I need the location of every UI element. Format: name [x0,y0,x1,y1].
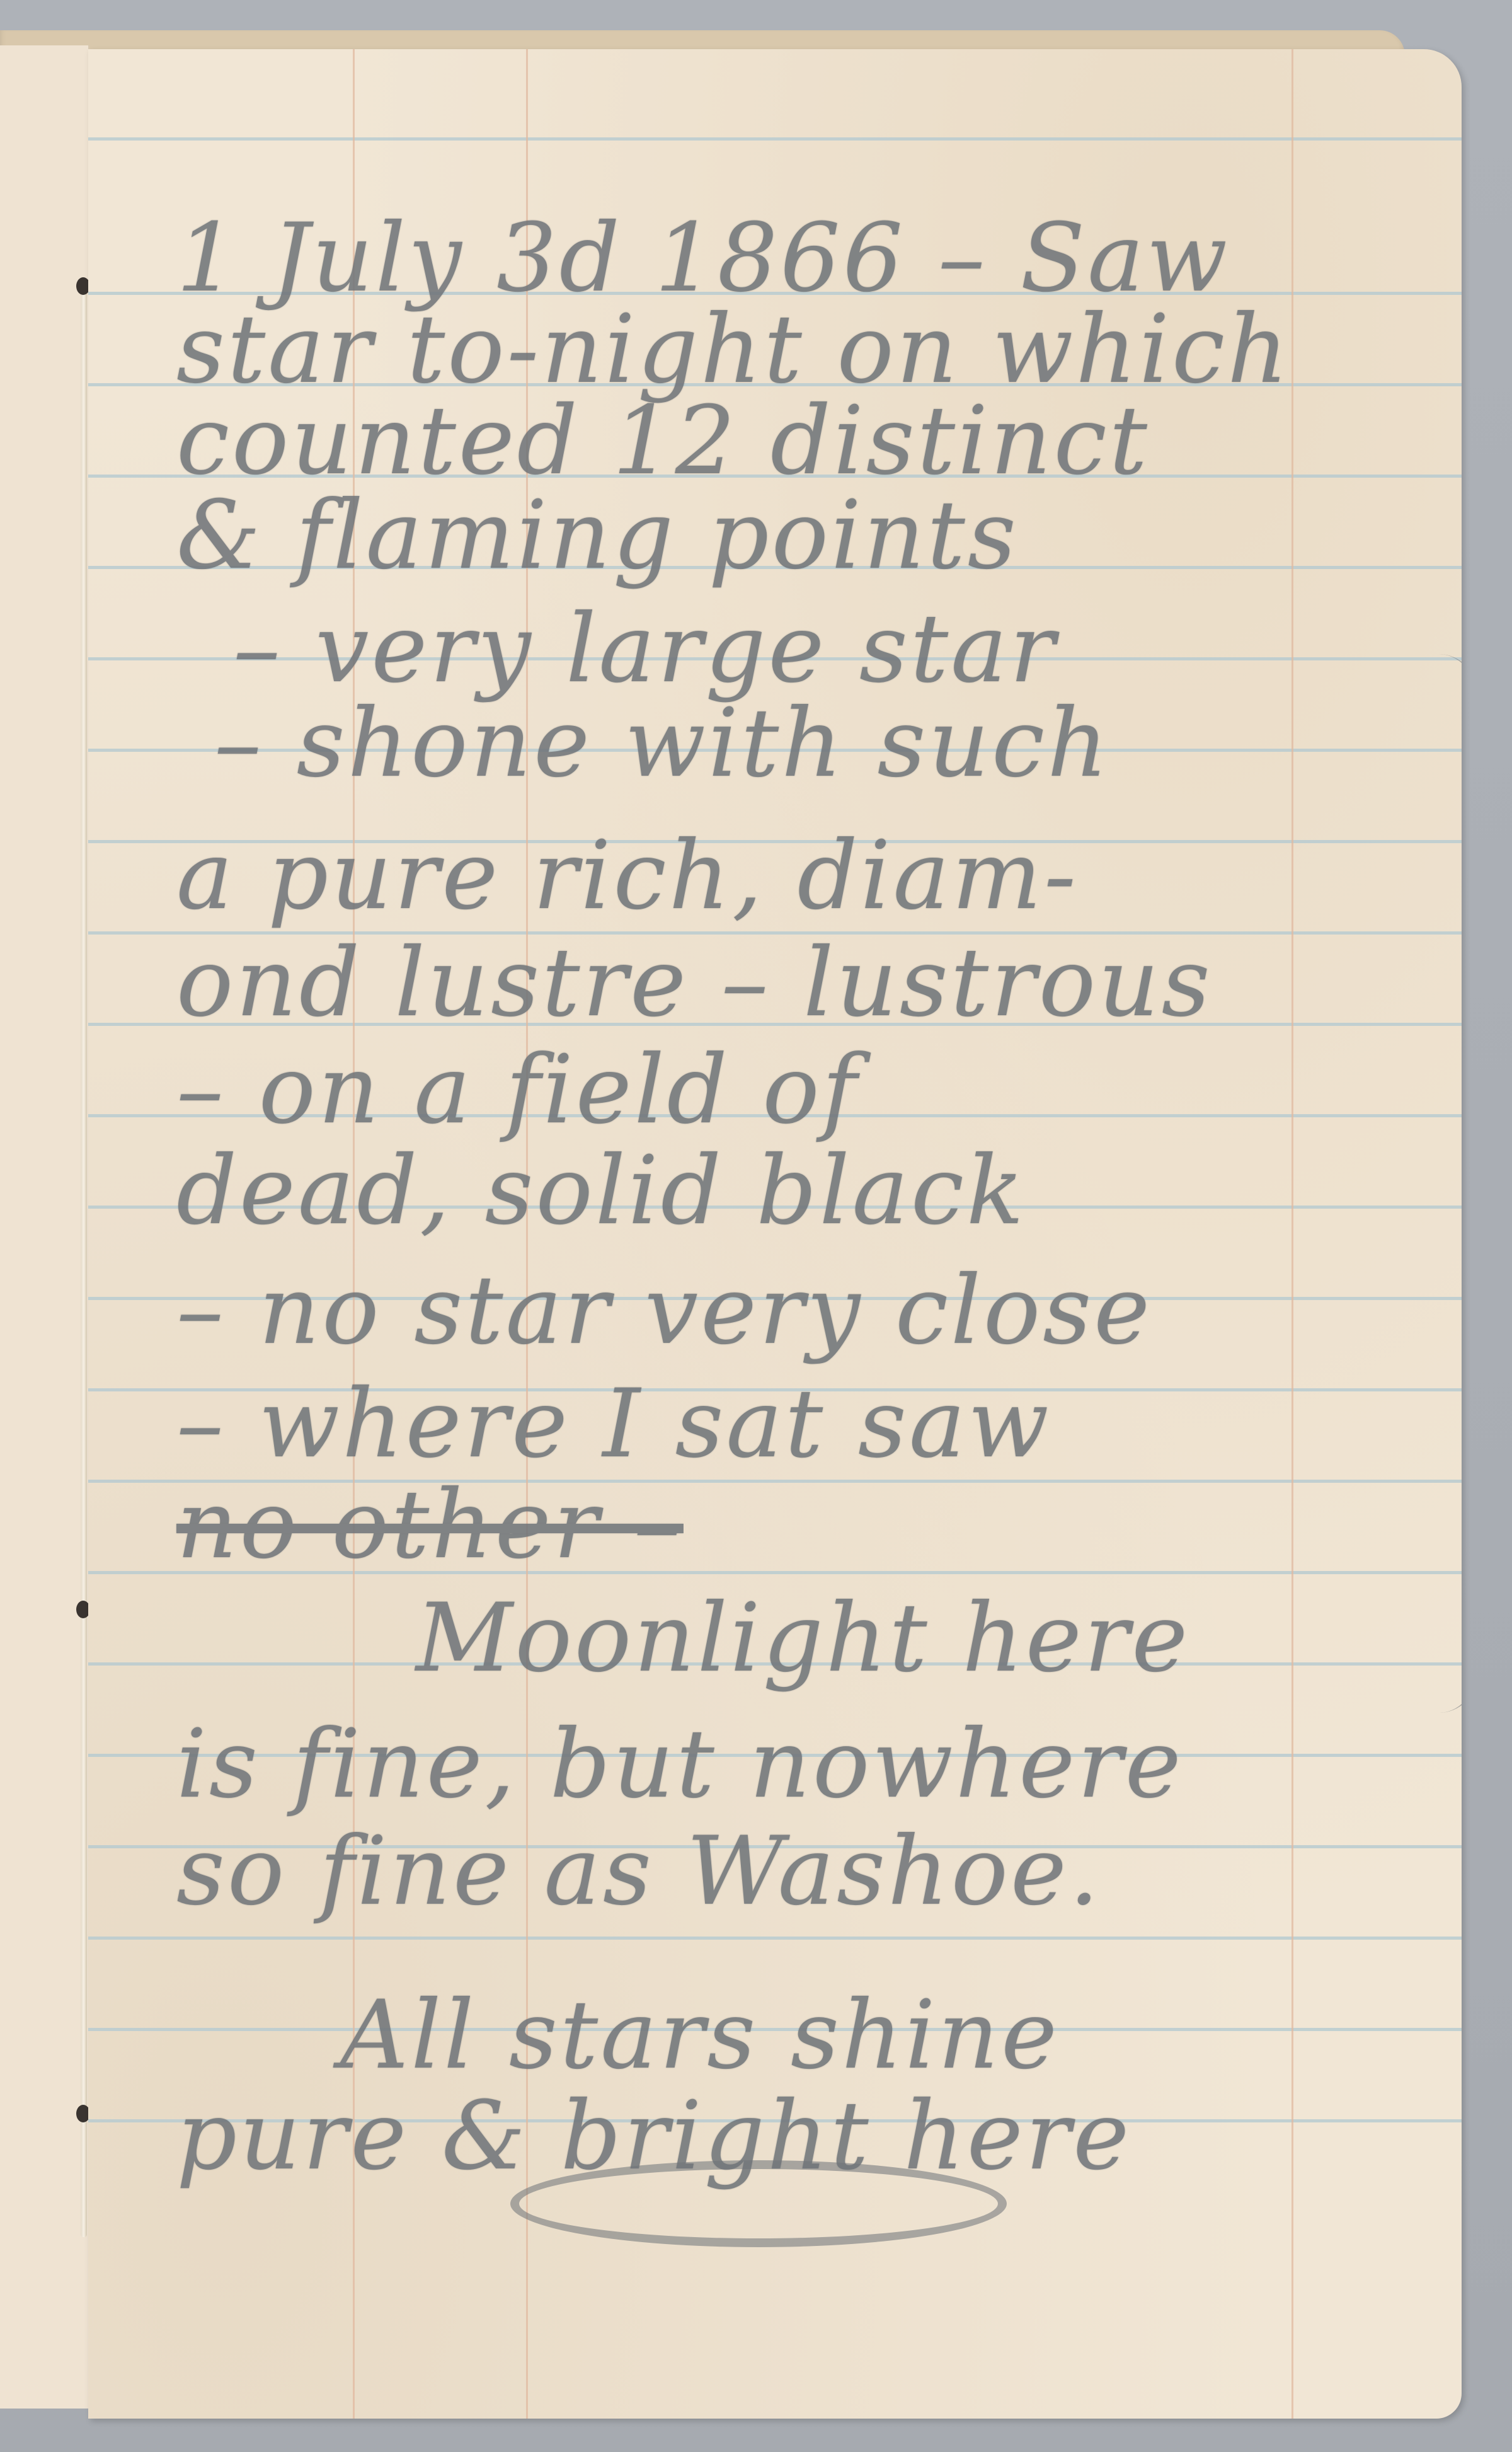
handwritten-line: Moonlight here [416,1593,1424,1684]
handwritten-line: – very large star [233,604,1424,695]
handwritten-line-struck: no other – [176,1480,1424,1571]
handwritten-line: star to-night on which [176,304,1424,396]
handwritten-line: a pure rich, diam- [176,831,1424,922]
handwritten-line: & flaming points [176,490,1424,582]
handwritten-line: – on a field of [176,1045,1424,1136]
handwritten-line: dead, solid black [176,1146,1424,1237]
notebook-page: 1 July 3d 1866 – Saw star to-night on wh… [88,49,1462,2419]
handwritten-line: All stars shine [340,1990,1424,2081]
left-facing-page [0,45,89,2409]
closing-flourish [510,2160,1007,2247]
handwritten-line: – where I sat saw [176,1379,1424,1470]
handwritten-line: counted 12 distinct [176,396,1424,487]
binding-thread [81,284,87,2237]
rule-line [88,1937,1462,1940]
handwritten-line: so fine as Washoe. [176,1826,1424,1918]
rule-line [88,137,1462,141]
handwritten-line: 1 July 3d 1866 – Saw [176,213,1424,304]
handwritten-line: ond lustre – lustrous [176,938,1424,1029]
handwritten-line: is fine, but nowhere [176,1719,1424,1810]
handwritten-line: – no star very close [176,1265,1424,1357]
marginal-bracket-mark [1424,654,1462,1713]
handwritten-line: – shone with such [214,698,1424,790]
